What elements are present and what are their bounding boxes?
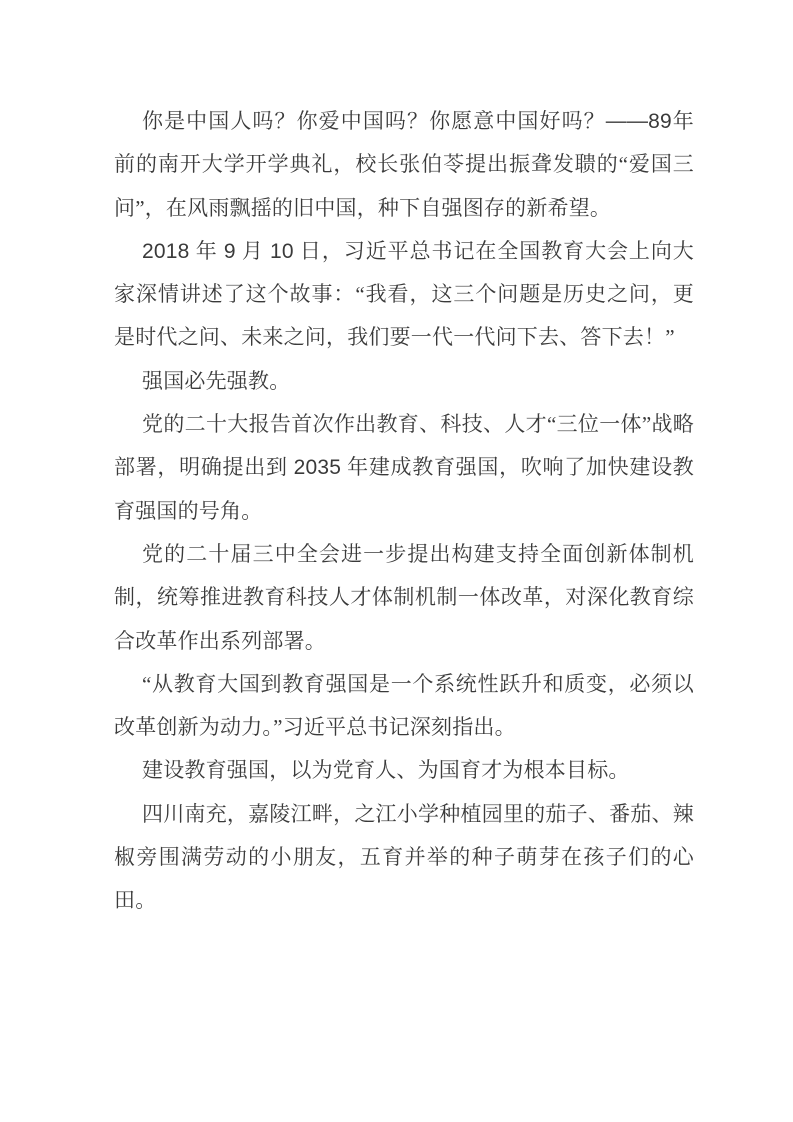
paragraph-aiguo-sanwen: 你是中国人吗？你爱中国吗？你愿意中国好吗？——89年前的南开大学开学典礼，校长张… (114, 100, 694, 230)
paragraph-sichuan-nanchong: 四川南充，嘉陵江畔，之江小学种植园里的茄子、番茄、辣椒旁围满劳动的小朋友，五育并… (114, 793, 694, 923)
paragraph-qiangguo: 强国必先强教。 (114, 360, 694, 403)
article-text: 你是中国人吗？你爱中国吗？你愿意中国好吗？——89年前的南开大学开学典礼，校长张… (114, 100, 694, 923)
document-page: 你是中国人吗？你爱中国吗？你愿意中国好吗？——89年前的南开大学开学典礼，校长张… (0, 0, 793, 1122)
paragraph-genben-mubiao: 建设教育强国，以为党育人、为国育才为根本目标。 (114, 749, 694, 792)
paragraph-sanzhongquanhui: 党的二十届三中全会进一步提出构建支持全面创新体制机制，统筹推进教育科技人才体制机… (114, 533, 694, 663)
paragraph-ershida: 党的二十大报告首次作出教育、科技、人才“三位一体”战略部署，明确提出到 2035… (114, 403, 694, 533)
paragraph-xitongxing: “从教育大国到教育强国是一个系统性跃升和质变，必须以改革创新为动力。”习近平总书… (114, 663, 694, 750)
paragraph-2018-speech: 2018 年 9 月 10 日，习近平总书记在全国教育大会上向大家深情讲述了这个… (114, 230, 694, 360)
